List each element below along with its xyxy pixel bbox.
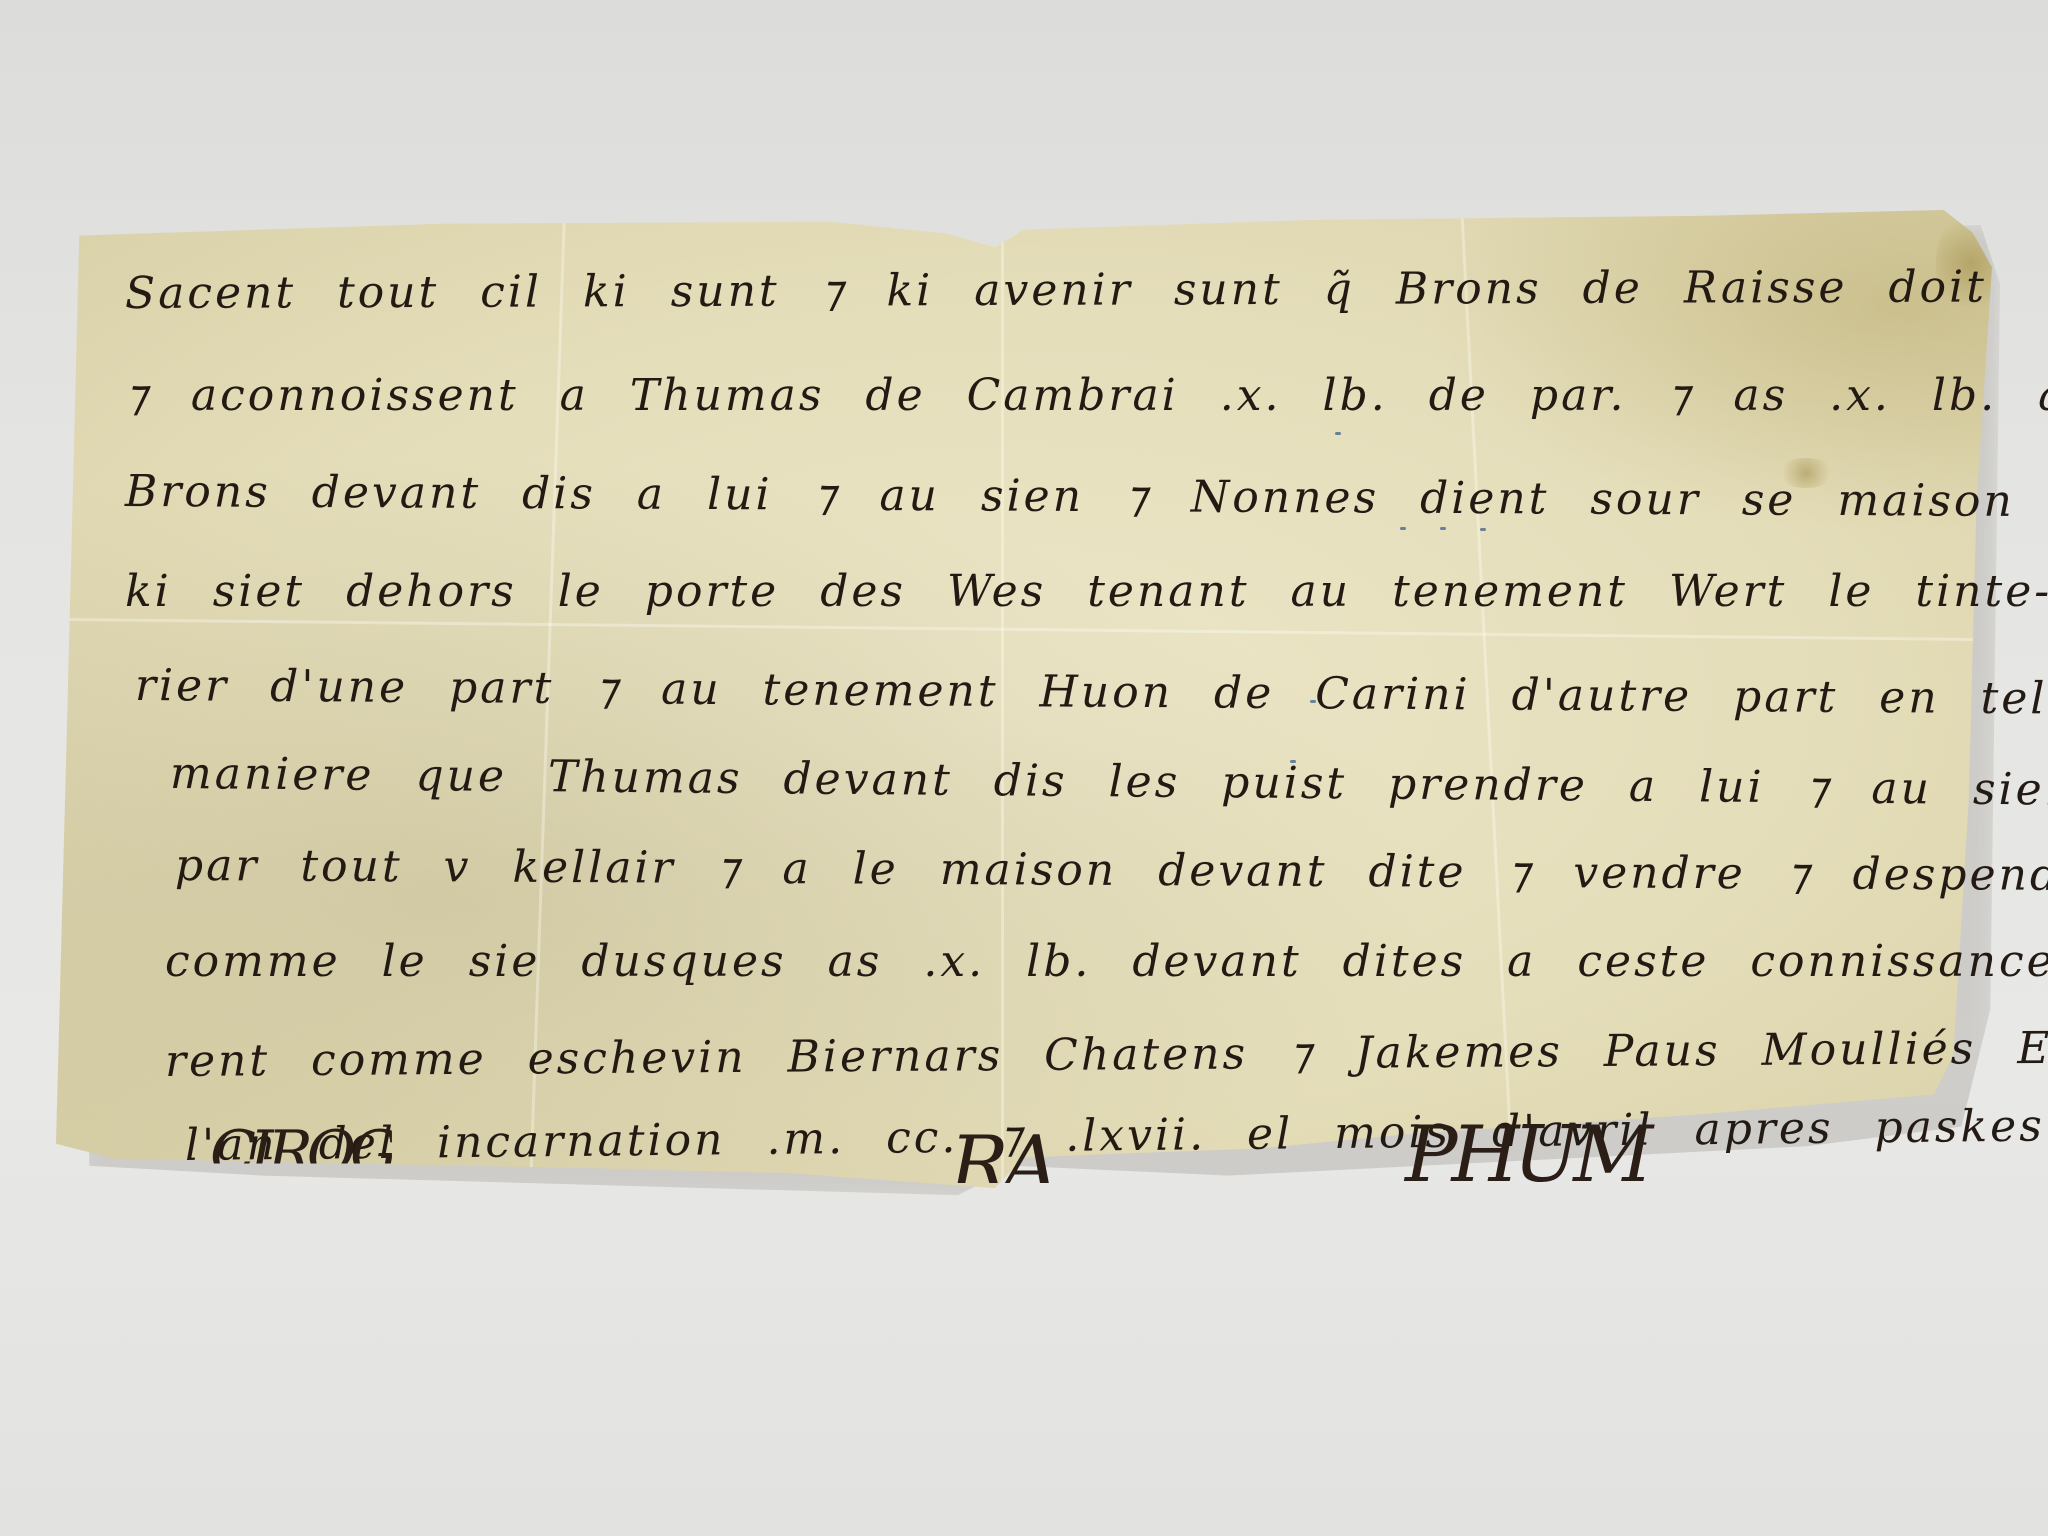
ink-speck — [1335, 432, 1341, 435]
text-line-3: Brons devant dis a lui ⁊ au sien ⁊ Nonne… — [125, 466, 2015, 527]
ink-speck — [1400, 527, 1406, 530]
text-line-8: comme le sie dusques as .x. lb. devant d… — [165, 936, 2048, 987]
text-line-1: Sacent tout cil ki sunt ⁊ ki avenir sunt… — [125, 262, 1987, 319]
text-line-2: ⁊ aconnoissent a Thumas de Cambrai .x. l… — [125, 370, 2048, 421]
ink-speck — [1480, 528, 1486, 531]
fold-crease — [56, 618, 1992, 641]
chirograph-fragment-2: RA — [950, 1120, 1053, 1210]
chirograph-fragment-3: PHUM — [1405, 1110, 1647, 1200]
ink-speck — [1440, 527, 1446, 530]
text-line-4: ki siet dehors le porte des Wes tenant a… — [125, 566, 2048, 617]
text-line-7: par tout v kellair ⁊ a le maison devant … — [175, 840, 2048, 901]
